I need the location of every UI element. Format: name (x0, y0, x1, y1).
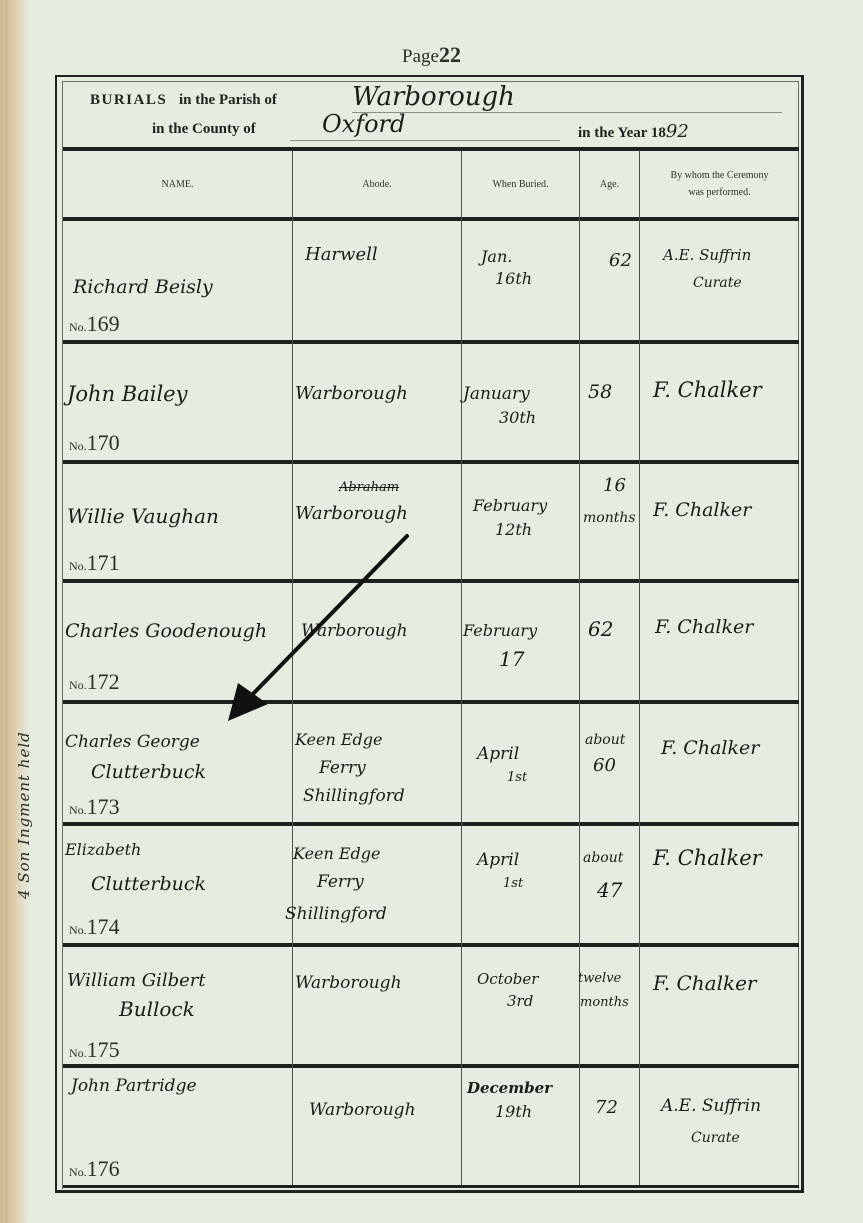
entry-age-line-1: about (585, 728, 625, 752)
entry-when-line-2: 1st (503, 872, 523, 896)
binding-crease (6, 0, 7, 1223)
entry-officiant-title: Curate (691, 1126, 740, 1150)
entry-abode-line-2: Ferry (317, 870, 364, 894)
entry-age-line-2: 60 (593, 754, 616, 778)
entry-officiant: F. Chalker (661, 736, 759, 760)
entry-when-line-1: February (473, 494, 547, 518)
table-bottom-rule (63, 1185, 799, 1188)
entry-age-line-2: 47 (597, 878, 622, 902)
entry-number-prefix: No. (69, 678, 87, 692)
entry-abode-line-2: Ferry (319, 756, 366, 780)
year-label: in the Year 18 (578, 125, 666, 141)
entry-abode-line-1: Keen Edge (295, 728, 382, 752)
entry-abode-line-1: Keen Edge (293, 842, 380, 866)
column-header-name: NAME. (63, 152, 292, 216)
entry-abode-line-3: Shillingford (303, 784, 405, 808)
year-field: in the Year 1892 (578, 121, 689, 142)
burial-entry: Richard Beisly No.169 Harwell Jan. 16th … (63, 221, 799, 340)
burial-entry: Charles Goodenough No.172 Warborough Feb… (63, 583, 799, 700)
burial-entry: Elizabeth Clutterbuck No.174 Keen Edge F… (63, 826, 799, 943)
parish-value: Warborough (352, 82, 515, 112)
entry-officiant-title: Curate (693, 271, 742, 295)
entry-officiant: F. Chalker (653, 971, 757, 995)
entry-name: John Partridge (71, 1074, 197, 1098)
margin-note: 4 Son Ingment held (5, 680, 43, 950)
entry-number: No.175 (69, 1037, 120, 1063)
entry-number-prefix: No. (69, 320, 87, 334)
entry-when-line-1: April (477, 848, 519, 872)
register-title-line-2: in the County of (152, 121, 256, 138)
entry-number-value: 171 (87, 550, 120, 575)
entry-age-line-2: months (580, 991, 629, 1015)
page-label: Page (402, 46, 439, 67)
entry-number-prefix: No. (69, 803, 87, 817)
burial-entry: Charles George Clutterbuck No.173 Keen E… (63, 704, 799, 822)
officiant-header-line-2: was performed. (688, 184, 750, 201)
entry-number-prefix: No. (69, 1165, 87, 1179)
entry-abode: Harwell (305, 243, 378, 267)
entry-name: Charles Goodenough (65, 619, 267, 643)
entry-number-prefix: No. (69, 559, 87, 573)
entry-name-line-1: William Gilbert (67, 969, 206, 993)
register-title-line-1: BURIALS in the Parish of (90, 92, 277, 109)
entry-when-line-1: February (463, 619, 537, 643)
officiant-header-line-1: By whom the Ceremony (670, 167, 768, 184)
entry-name: Richard Beisly (73, 275, 213, 299)
entry-when-line-1: January (463, 382, 530, 406)
entry-abode: Warborough (301, 619, 408, 643)
entry-abode-line-3: Shillingford (285, 902, 387, 926)
entry-abode: Warborough (309, 1098, 416, 1122)
entry-age-line-1: 16 (603, 474, 626, 498)
column-header-abode: Abode. (293, 152, 461, 216)
entry-when-line-1: Jan. (481, 245, 512, 269)
entry-age-line-1: twelve (578, 967, 621, 991)
burial-entry: William Gilbert Bullock No.175 Warboroug… (63, 947, 799, 1064)
entry-name-line-2: Clutterbuck (91, 760, 206, 784)
entry-age: 62 (588, 617, 613, 641)
entry-name-line-1: Elizabeth (65, 838, 141, 862)
entry-abode: Warborough (295, 382, 408, 406)
column-header-when-buried: When Buried. (462, 152, 579, 216)
parish-fill-line (352, 112, 782, 113)
entry-age: 72 (595, 1096, 618, 1120)
entry-when-line-1: April (477, 742, 519, 766)
entry-when-line-1: October (477, 967, 538, 991)
entry-officiant: F. Chalker (653, 498, 751, 522)
entry-when-line-2: 30th (499, 406, 536, 430)
entry-number-value: 175 (87, 1037, 120, 1062)
entry-number: No.174 (69, 914, 120, 940)
entry-number: No.176 (69, 1156, 120, 1182)
entry-abode: Warborough (295, 971, 402, 995)
burials-heading: BURIALS (90, 92, 167, 108)
entry-age-line-1: about (583, 846, 623, 870)
entry-age: 58 (588, 380, 612, 404)
header-rule-top (63, 147, 799, 151)
entry-when-line-1: December (467, 1076, 552, 1100)
entry-when-line-2: 3rd (507, 989, 533, 1013)
entry-name: John Bailey (67, 382, 187, 406)
entry-officiant: F. Chalker (653, 378, 762, 402)
entry-number-prefix: No. (69, 1046, 87, 1060)
entry-name-line-2: Clutterbuck (91, 872, 206, 896)
column-header-age: Age. (580, 152, 639, 216)
entry-number-value: 174 (87, 914, 120, 939)
year-value: 92 (666, 121, 689, 142)
parish-label: in the Parish of (179, 92, 277, 108)
entry-number: No.172 (69, 669, 120, 695)
entry-age: 62 (609, 249, 632, 273)
page-number-value: 22 (439, 42, 461, 67)
entry-number: No.173 (69, 794, 120, 820)
page-binding-edge (0, 0, 30, 1223)
entry-when-line-2: 16th (495, 267, 532, 291)
entry-number-prefix: No. (69, 439, 87, 453)
county-fill-line (290, 140, 560, 141)
entry-number-value: 170 (87, 430, 120, 455)
entry-number-value: 176 (87, 1156, 120, 1181)
entry-number-value: 169 (87, 311, 120, 336)
entry-officiant: F. Chalker (653, 846, 762, 870)
entry-number-prefix: No. (69, 923, 87, 937)
entry-officiant: A.E. Suffrin (661, 1094, 761, 1118)
page-number: Page22 (0, 42, 863, 68)
entry-age-line-2: months (583, 506, 636, 530)
column-header-officiant: By whom the Ceremony was performed. (640, 152, 799, 216)
entry-officiant: A.E. Suffrin (663, 243, 751, 267)
entry-officiant: F. Chalker (655, 615, 753, 639)
entry-name-line-1: Charles George (65, 730, 200, 754)
entry-when-line-2: 17 (499, 647, 524, 671)
entry-when-line-2: 19th (495, 1100, 532, 1124)
entry-number: No.169 (69, 311, 120, 337)
entry-number-value: 173 (87, 794, 120, 819)
county-value: Oxford (322, 110, 405, 138)
entry-abode: Warborough (295, 502, 408, 526)
entry-number-value: 172 (87, 669, 120, 694)
entry-when-line-2: 12th (495, 518, 532, 542)
county-label: in the County of (152, 121, 256, 137)
burial-entry: John Partridge No.176 Warborough Decembe… (63, 1068, 799, 1185)
burial-entry: John Bailey No.170 Warborough January 30… (63, 344, 799, 460)
entry-name: Willie Vaughan (67, 504, 219, 528)
entry-number: No.171 (69, 550, 120, 576)
entry-number: No.170 (69, 430, 120, 456)
entry-name-line-2: Bullock (119, 997, 195, 1021)
burial-entry: Willie Vaughan No.171 Abraham Warborough… (63, 464, 799, 579)
entry-abode-struck: Abraham (339, 476, 399, 500)
entry-when-line-2: 1st (507, 766, 527, 790)
